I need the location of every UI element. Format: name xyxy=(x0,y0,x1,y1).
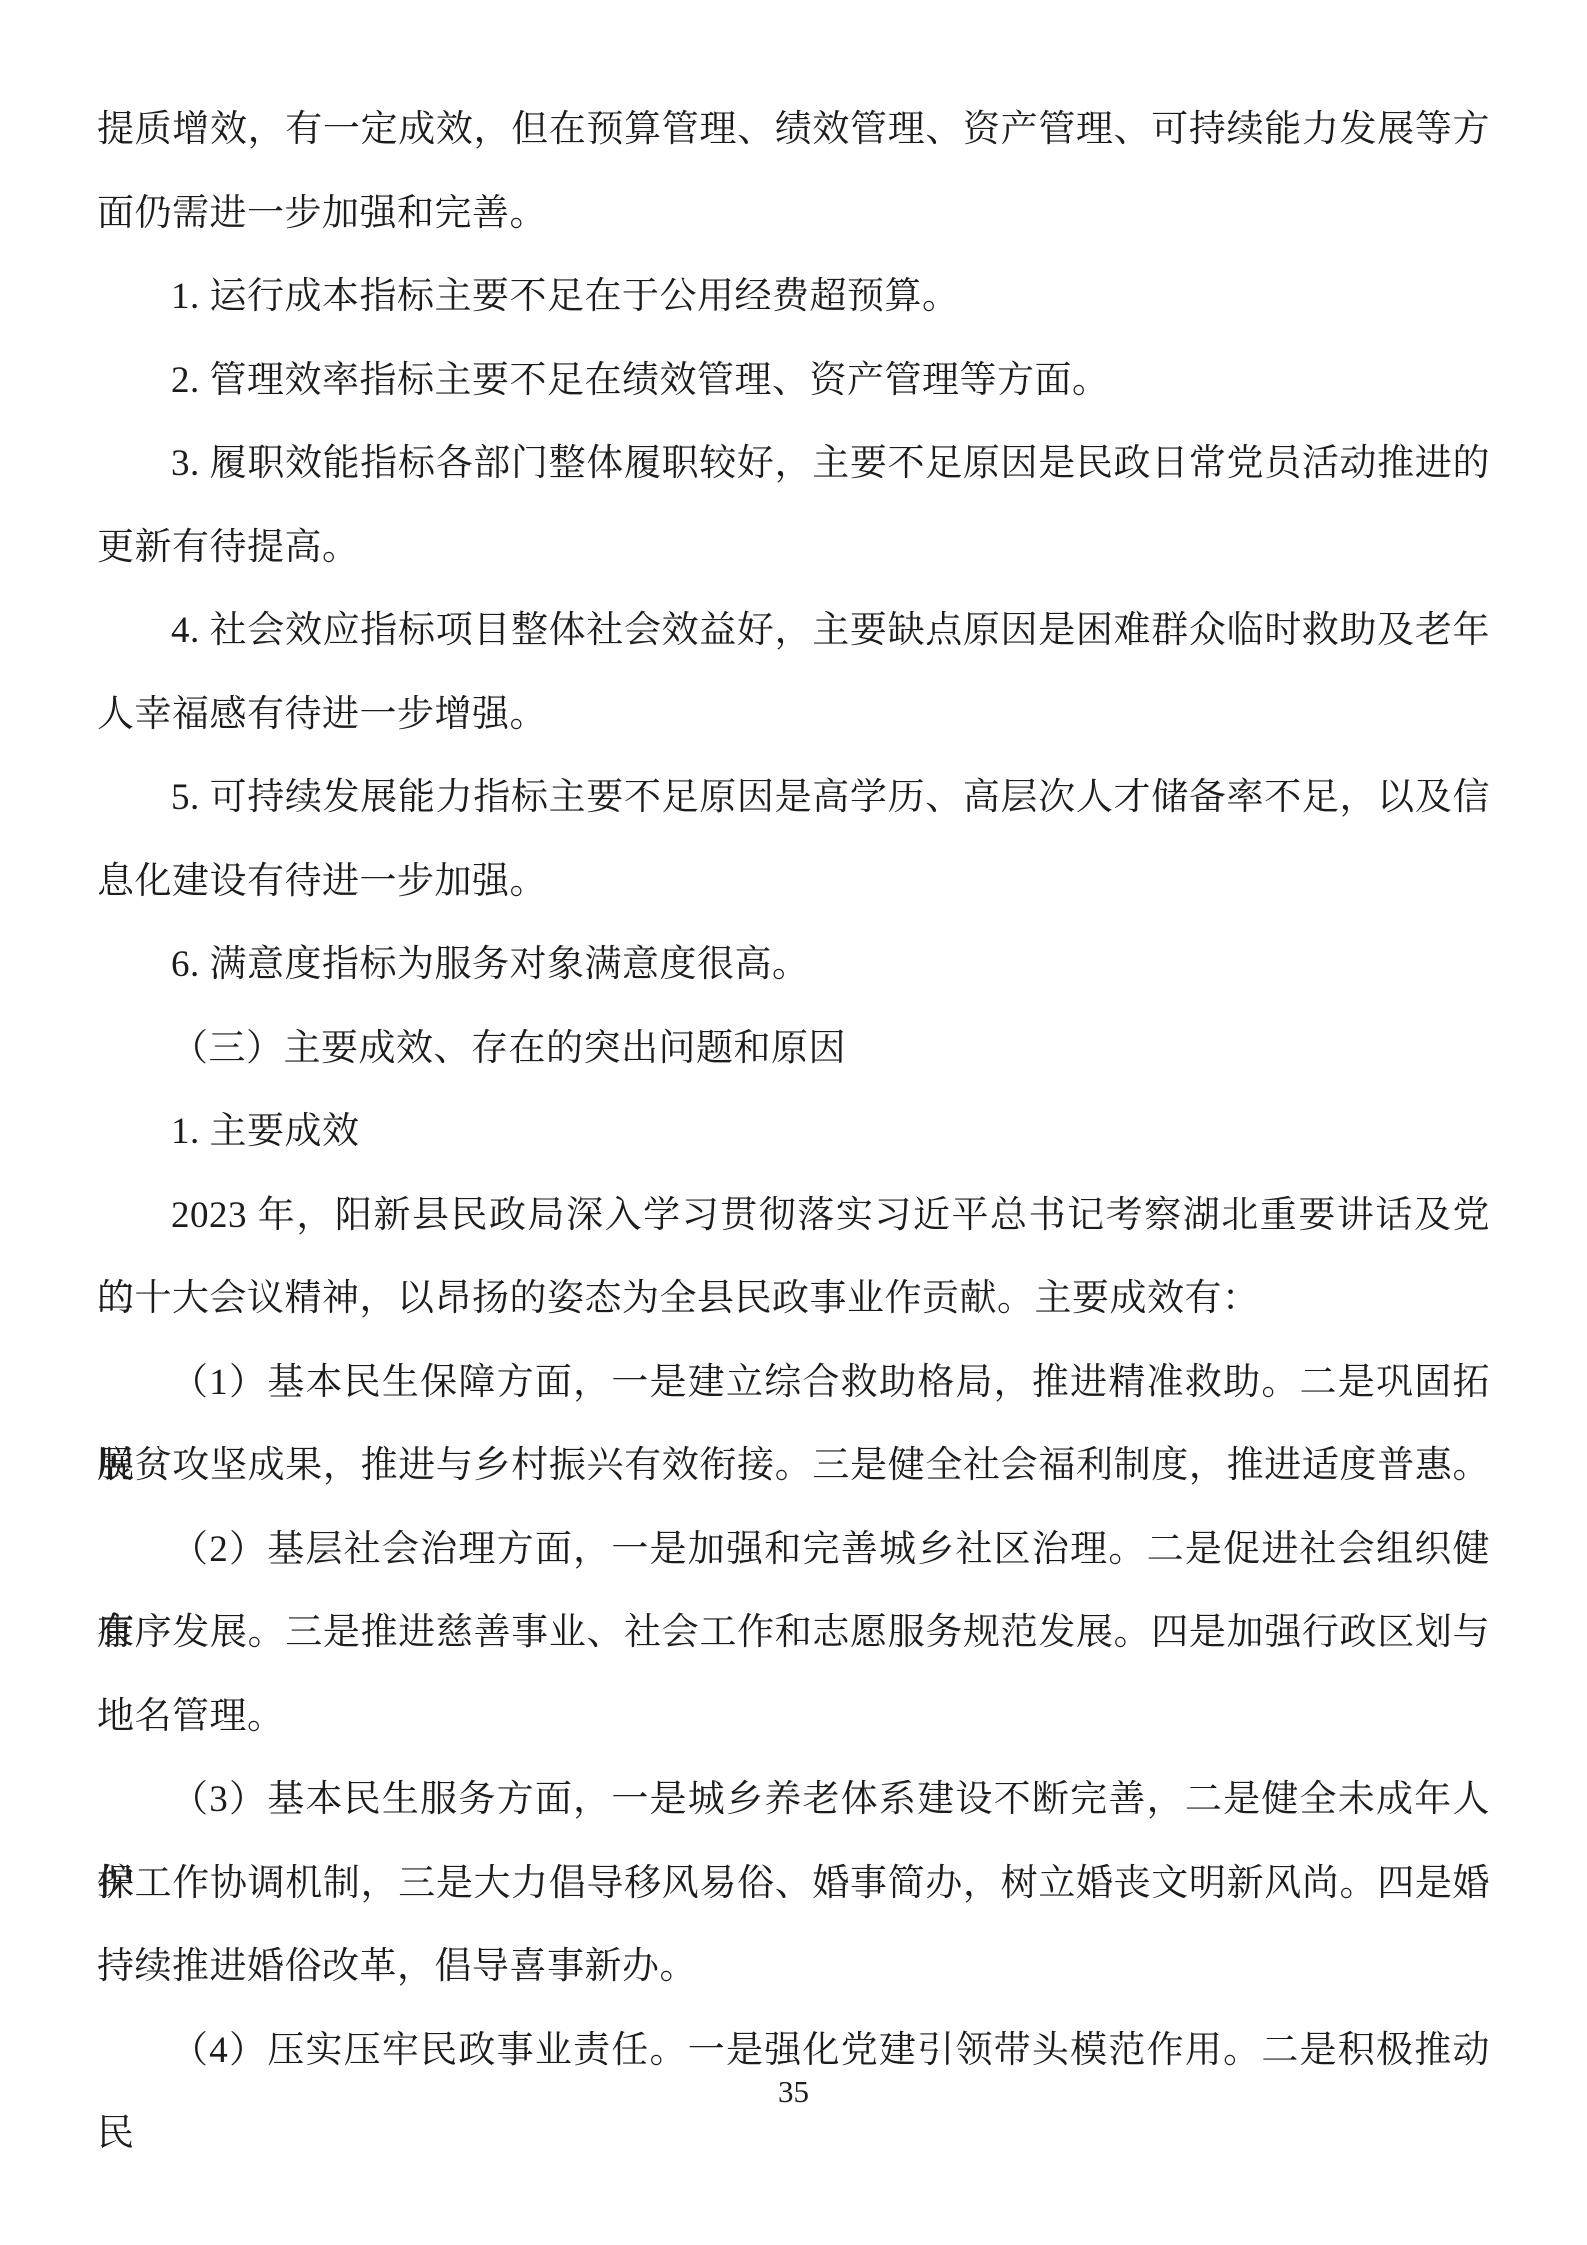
text-line: （1）基本民生保障方面，一是建立综合救助格局，推进精准救助。二是巩固拓展 xyxy=(97,1341,1490,1425)
text-line: 1. 运行成本指标主要不足在于公用经费超预算。 xyxy=(97,255,1490,339)
text-line: （2）基层社会治理方面，一是加强和完善城乡社区治理。二是促进社会组织健康 xyxy=(97,1508,1490,1592)
text-line: （三）主要成效、存在的突出问题和原因 xyxy=(97,1007,1490,1091)
text-line: 2. 管理效率指标主要不足在绩效管理、资产管理等方面。 xyxy=(97,339,1490,423)
text-line: 4. 社会效应指标项目整体社会效益好，主要缺点原因是困难群众临时救助及老年 xyxy=(97,589,1490,673)
text-line: 3. 履职效能指标各部门整体履职较好，主要不足原因是民政日常党员活动推进的 xyxy=(97,422,1490,506)
text-line: （3）基本民生服务方面，一是城乡养老体系建设不断完善，二是健全未成年人保 xyxy=(97,1758,1490,1842)
text-line: 脱贫攻坚成果，推进与乡村振兴有效衔接。三是健全社会福利制度，推进适度普惠。 xyxy=(97,1424,1490,1508)
text-line: 5. 可持续发展能力指标主要不足原因是高学历、高层次人才储备率不足，以及信 xyxy=(97,756,1490,840)
text-line: 有序发展。三是推进慈善事业、社会工作和志愿服务规范发展。四是加强行政区划与 xyxy=(97,1591,1490,1675)
document-page: 提质增效，有一定成效，但在预算管理、绩效管理、资产管理、可持续能力发展等方面仍需… xyxy=(0,0,1587,2245)
text-line: 面仍需进一步加强和完善。 xyxy=(97,172,1490,256)
text-line: 二十大会议精神，以昂扬的姿态为全县民政事业作贡献。主要成效有： xyxy=(97,1257,1490,1341)
text-line: 持续推进婚俗改革，倡导喜事新办。 xyxy=(97,1925,1490,2009)
text-line: 更新有待提高。 xyxy=(97,506,1490,590)
text-line: 1. 主要成效 xyxy=(97,1090,1490,1174)
text-line: 地名管理。 xyxy=(97,1675,1490,1759)
text-line: 护工作协调机制，三是大力倡导移风易俗、婚事简办，树立婚丧文明新风尚。四是婚 xyxy=(97,1842,1490,1926)
page-number: 35 xyxy=(0,2072,1587,2112)
text-line: 6. 满意度指标为服务对象满意度很高。 xyxy=(97,923,1490,1007)
text-line: 息化建设有待进一步加强。 xyxy=(97,840,1490,924)
text-line: 提质增效，有一定成效，但在预算管理、绩效管理、资产管理、可持续能力发展等方 xyxy=(97,88,1490,172)
document-body: 提质增效，有一定成效，但在预算管理、绩效管理、资产管理、可持续能力发展等方面仍需… xyxy=(97,88,1490,2092)
text-line: 人幸福感有待进一步增强。 xyxy=(97,673,1490,757)
text-line: 2023 年，阳新县民政局深入学习贯彻落实习近平总书记考察湖北重要讲话及党的 xyxy=(97,1174,1490,1258)
